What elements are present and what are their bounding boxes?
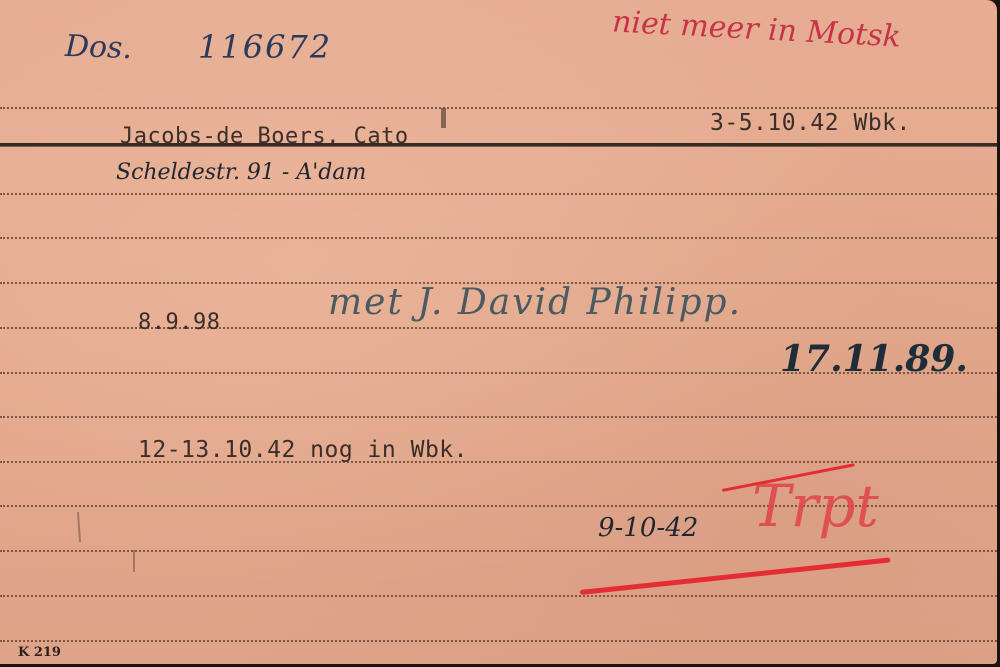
dotted-rule: [0, 640, 997, 642]
red-underline-stroke: [580, 557, 891, 595]
dossier-number: 116672: [198, 28, 332, 66]
dotted-rule: [0, 550, 997, 552]
person-name: Jacobs-de Boers, Cato: [120, 124, 409, 149]
dotted-rule: [0, 237, 997, 239]
dotted-rule: [0, 416, 997, 418]
dossier-label: Dos.: [64, 29, 132, 66]
registration-date: 3-5.10.42 Wbk.: [710, 110, 911, 136]
transport-date: 9-10-42: [598, 513, 698, 543]
birth-date: 8.9.98: [138, 310, 220, 335]
address: Scheldestr. 91 - A'dam: [116, 160, 366, 185]
dotted-rule: [0, 595, 997, 597]
index-card: Dos. 116672 niet meer in Motsk Jacobs-de…: [0, 0, 997, 664]
stray-mark: [133, 550, 135, 572]
stray-mark: [441, 108, 446, 128]
spouse-note: met J. David Philipp.: [328, 282, 742, 323]
deported-note: niet meer in Motsk: [611, 4, 901, 54]
form-code: K 219: [18, 645, 61, 660]
dotted-rule: [0, 193, 997, 195]
spouse-birth-date: 17.11.89.: [780, 338, 968, 380]
dotted-rule: [0, 107, 997, 109]
stray-mark: [77, 512, 81, 542]
status-line: 12-13.10.42 nog in Wbk.: [138, 437, 468, 463]
